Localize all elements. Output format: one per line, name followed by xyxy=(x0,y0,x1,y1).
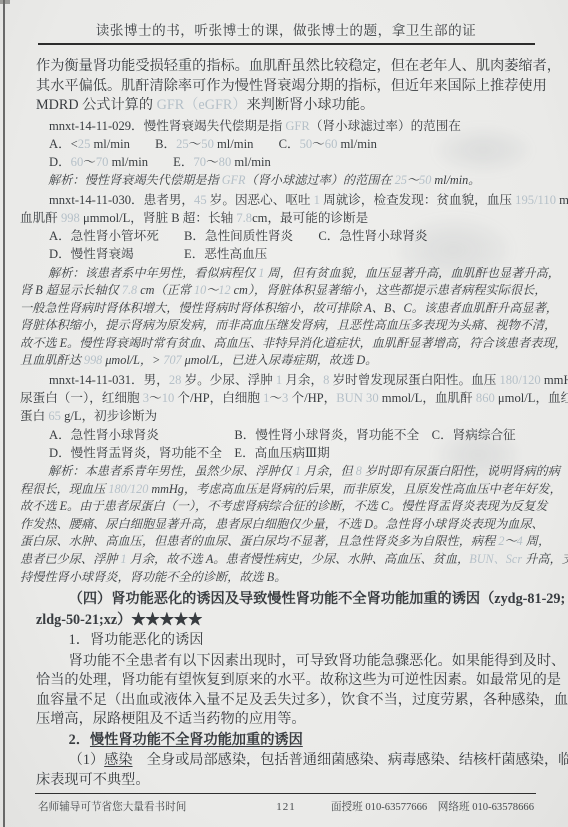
text-line: 压增高，尿路梗阻及不适当药物的应用等。 xyxy=(36,710,533,730)
text-line: 1．肾功能恶化的诱因 xyxy=(36,631,533,651)
text-line: 血容量不足（出血或液体入量不足及丢失过多），饮食不当，过度劳累，各种感染，血 xyxy=(36,691,533,711)
intro-paragraph: 作为衡量肾功能受损轻重的指标。血肌酐虽然比较稳定，但在老年人、肌肉萎缩者，其水平… xyxy=(36,57,533,116)
page-number: 121 xyxy=(276,801,296,813)
text-line: 尿蛋白（一），红细胞 3～10 个/HP，白细胞 1～3 个/HP，BUN 30… xyxy=(20,389,549,407)
text-line: 解析：慢性肾衰竭失代偿期是指 GFR（肾小球滤过率）的范围在 25～50 ml/… xyxy=(20,172,549,190)
text-line: 作发热、腰痛、尿白细胞显著升高，患者尿白细胞仅少量，不选 D。急性肾小球肾炎表现… xyxy=(20,516,549,534)
text-line: mnxt-14-11-029．慢性肾衰竭失代偿期是指 GFR（肾小球滤过率）的范… xyxy=(20,117,549,135)
question-mnxt-14-11-030: mnxt-14-11-030．患者男，45 岁。因恶心、呕吐 1 周就诊，检查发… xyxy=(20,191,549,264)
header-slogan: 读张博士的书，听张博士的课，做张博士的题，拿卫生部的证 xyxy=(40,19,532,39)
text-line: 蛋白 65 g/L，初步诊断为 xyxy=(20,407,549,425)
scanned-book-page: 读张博士的书，听张博士的课，做张博士的题，拿卫生部的证 作为衡量肾功能受损轻重的… xyxy=(0,0,568,827)
text-line: mnxt-14-11-030．患者男，45 岁。因恶心、呕吐 1 周就诊，检查发… xyxy=(20,191,549,209)
scan-edge-line xyxy=(3,0,5,827)
text-line: 肾 B 超显示长轴仅 7.8 cm（正常 10～12 cm），肾脏体积显著缩小，… xyxy=(20,282,549,300)
text-line: 蛋白尿、水肿、高血压，但患者的血尿、蛋白尿均不显著，且急性肾炎多为自限性，病程 … xyxy=(20,533,549,551)
text-line: 解析：该患者系中年男性，看似病程仅 1 周，但有贫血貌，血压显著升高，血肌酐也显… xyxy=(20,265,549,283)
text-line: MDRD 公式计算的 GFR（eGFR）来判断肾小球功能。 xyxy=(36,96,533,116)
question-mnxt-14-11-031: mnxt-14-11-031．男，28 岁。少尿、浮肿 1 月余，8 岁时曾发现… xyxy=(20,371,549,462)
text-line: 肾脏体积缩小，提示肾病为原发病，而非高血压继发肾病，且恶性高血压多表现为头痛、视… xyxy=(20,317,549,335)
footer-rule xyxy=(35,793,536,794)
text-line: 床表现可不典型。 xyxy=(36,771,533,791)
footer: 名师辅导可节省您大量看书时间 121 面授班 010-63577666 网络班 … xyxy=(38,799,534,814)
text-line: A．急性肾小球肾炎 B．慢性肾小球肾炎，肾功能不全 C．肾病综合征 xyxy=(20,426,549,444)
text-line: A．<25 ml/min B．25～50 ml/min C．50～60 ml/m… xyxy=(20,135,549,153)
analysis-029: 解析：慢性肾衰竭失代偿期是指 GFR（肾小球滤过率）的范围在 25～50 ml/… xyxy=(20,172,549,190)
text-line: A．急性肾小管坏死 B．急性间质性肾炎 C．急性肾小球肾炎 xyxy=(20,227,549,245)
section-heading: （四）肾功能恶化的诱因及导致慢性肾功能不全肾功能加重的诱因（zydg-81-29… xyxy=(36,589,533,630)
text-line: 作为衡量肾功能受损轻重的指标。血肌酐虽然比较稳定，但在老年人、肌肉萎缩者， xyxy=(36,57,533,77)
footer-contacts: 面授班 010-63577666 网络班 010-63578666 xyxy=(296,799,534,814)
paragraph-causes: 肾功能不全患者有以下因素出现时，可导致肾功能急骤恶化。如果能得到及时、恰当的处理… xyxy=(36,652,533,730)
text-line: D．慢性肾盂肾炎，肾功能不全 E．高血压病Ⅲ期 xyxy=(20,444,549,462)
text-line: zldg-50-21;xz）★★★★★ xyxy=(36,610,533,631)
text-line: 故不选 E。由于患者尿蛋白（一），不考虑肾病综合征的诊断，不选 C。慢性肾盂肾炎… xyxy=(20,498,549,516)
numbered-item-2: 2．慢性肾功能不全肾功能加重的诱因 xyxy=(36,731,533,751)
text-line: （四）肾功能恶化的诱因及导致慢性肾功能不全肾功能加重的诱因（zydg-81-29… xyxy=(36,589,533,610)
text-line: 故不选 E。慢性肾衰竭时常有贫血、高血压、非特异消化道症状，血肌酐显著增高，符合… xyxy=(20,335,549,353)
text-line: 血肌酐 998 μmmol/L，肾脏 B 超：长轴 7.8cm，最可能的诊断是 xyxy=(20,209,549,227)
numbered-item-1: 1．肾功能恶化的诱因 xyxy=(36,631,533,651)
text-line: 患者已少尿、浮肿 1 月余，故不选 A。患者慢性病史，少尿、水肿、高血压、贫血，… xyxy=(20,551,549,569)
text-line: mnxt-14-11-031．男，28 岁。少尿、浮肿 1 月余，8 岁时曾发现… xyxy=(20,371,549,389)
text-line: D．60～70 ml/min E．70～80 ml/min xyxy=(20,153,549,171)
text-line: 恰当的处理，肾功能有望恢复到原来的水平。故称这些为可逆性因素。如最常见的是 xyxy=(36,671,533,691)
text-line: 且血肌酐达 998 μmol/L，> 707 μmol/L，已进入尿毒症期，故选… xyxy=(20,352,549,370)
page-content: 作为衡量肾功能受损轻重的指标。血肌酐虽然比较稳定，但在老年人、肌肉萎缩者，其水平… xyxy=(36,57,533,791)
text-line: D．慢性肾衰竭 E．恶性高血压 xyxy=(20,245,549,263)
text-line: 解析：本患者系青年男性，虽然少尿、浮肿仅 1 月余，但 8 岁时即有尿蛋白阳性，… xyxy=(20,463,549,481)
text-line: 肾功能不全患者有以下因素出现时，可导致肾功能急骤恶化。如果能得到及时、 xyxy=(36,652,533,672)
text-line: 持慢性肾小球肾炎，肾功能不全的诊断，故选 B。 xyxy=(20,569,549,587)
question-mnxt-14-11-029: mnxt-14-11-029．慢性肾衰竭失代偿期是指 GFR（肾小球滤过率）的范… xyxy=(20,117,549,172)
header-rule xyxy=(38,43,535,45)
paragraph-infection: （1）感染 全身或局部感染，包括普通细菌感染、病毒感染、结核杆菌感染，临床表现可… xyxy=(36,751,533,790)
footer-slogan: 名师辅导可节省您大量看书时间 xyxy=(38,799,276,814)
analysis-031: 解析：本患者系青年男性，虽然少尿、浮肿仅 1 月余，但 8 岁时即有尿蛋白阳性，… xyxy=(20,463,549,586)
text-line: 程很长，现血压 180/120 mmHg，考虑高血压是肾病的后果，而非原发，且原… xyxy=(20,481,549,499)
analysis-030: 解析：该患者系中年男性，看似病程仅 1 周，但有贫血貌，血压显著升高，血肌酐也显… xyxy=(20,265,549,371)
text-line: 一般急性肾病时肾体积增大，慢性肾病时肾体积缩小，故可排除 A、B、C。该患者血肌… xyxy=(20,300,549,318)
text-line: 2．慢性肾功能不全肾功能加重的诱因 xyxy=(36,731,533,751)
scan-corner-mark xyxy=(0,0,10,4)
text-line: 其水平偏低。肌酐清除率可作为慢性肾衰竭分期的指标，但近年来国际上推荐使用 xyxy=(36,77,533,97)
text-line: （1）感染 全身或局部感染，包括普通细菌感染、病毒感染、结核杆菌感染，临 xyxy=(36,751,533,771)
